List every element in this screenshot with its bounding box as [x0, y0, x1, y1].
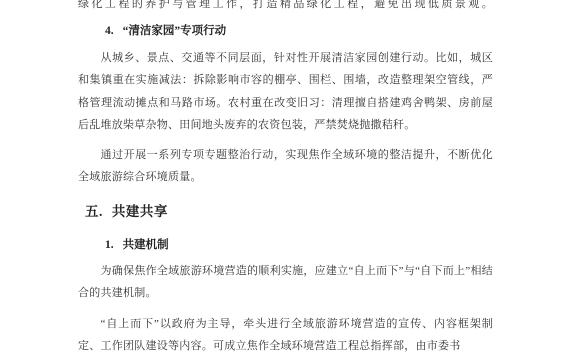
- heading-section-5-1-co-build-mechanism: 1.共建机制: [78, 234, 520, 256]
- paragraph-tail-greening: 绿化工程的养护与管理工作，打造精品绿化工程，避免出现低质景观。: [78, 0, 493, 15]
- paragraph-mechanism-intro: 为确保焦作全域旅游环境营造的顺利实施，应建立“自上而下”与“自下而上”相结合的共…: [78, 260, 493, 305]
- heading-section-5-co-build-share: 五.共建共享: [78, 200, 500, 224]
- heading-section-4-clean-home: 4.“清洁家园”专项行动: [78, 20, 520, 42]
- document-page: 绿化工程的养护与管理工作，打造精品绿化工程，避免出现低质景观。 4.“清洁家园”…: [0, 0, 570, 360]
- paragraph-top-down-government: “自上而下”以政府为主导，牵头进行全域旅游环境营造的宣传、内容框架制定、工作团队…: [78, 313, 493, 358]
- paragraph-clean-home-actions: 从城乡、景点、交通等不同层面，针对性开展清洁家园创建行动。比如，城区和集镇重在实…: [78, 47, 493, 137]
- heading-number: 4.: [105, 20, 114, 42]
- paragraph-clean-home-summary: 通过开展一系列专项专题整治行动，实现焦作全域环境的整洁提升，不断优化全域旅游综合…: [78, 144, 493, 189]
- document-content: 绿化工程的养护与管理工作，打造精品绿化工程，避免出现低质景观。 4.“清洁家园”…: [78, 0, 493, 360]
- heading-title: 共建共享: [112, 204, 168, 219]
- heading-title: 共建机制: [123, 239, 169, 251]
- heading-number: 五.: [85, 200, 103, 224]
- heading-number: 1.: [105, 234, 114, 256]
- heading-title: “清洁家园”专项行动: [123, 25, 227, 37]
